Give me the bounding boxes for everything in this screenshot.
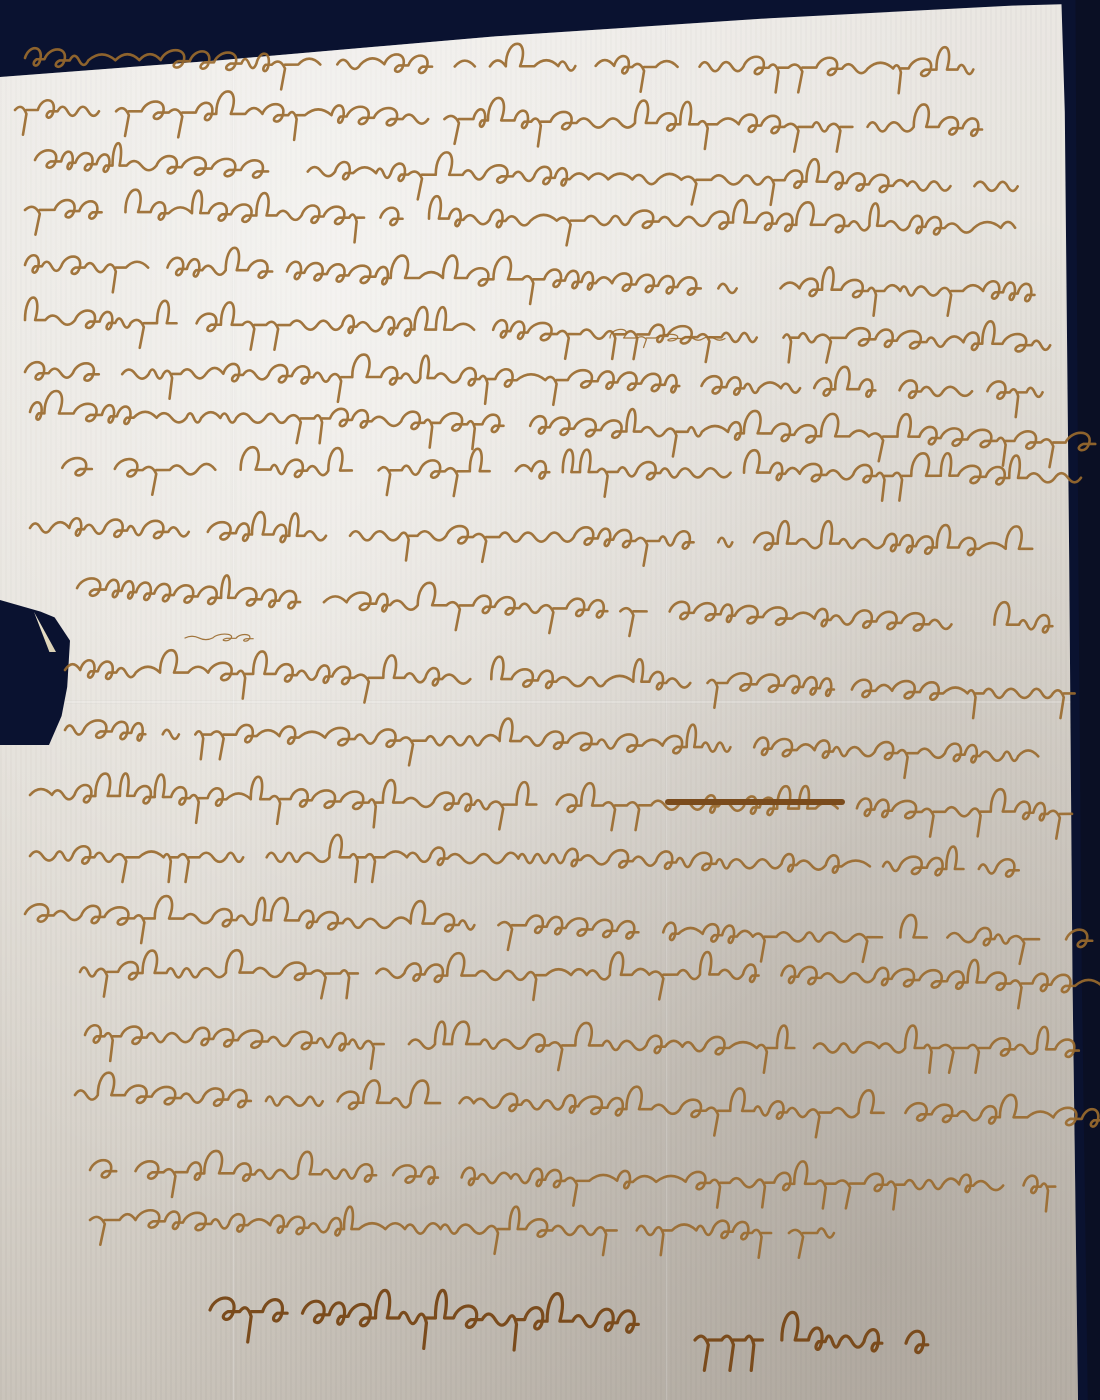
- ink-stroke-svg: [0, 894, 1100, 954]
- ink-stroke-svg: [0, 1075, 1100, 1135]
- ink-stroke-svg: [0, 190, 1100, 250]
- ink-stroke-svg: [0, 836, 1100, 896]
- ink-stroke-svg: [0, 1200, 1100, 1260]
- ink-stroke-svg: [0, 392, 1100, 452]
- ink-stroke-svg: [0, 245, 1100, 305]
- ink-stroke-svg: [0, 1015, 1100, 1075]
- signature-stroke-svg: [695, 1300, 1015, 1390]
- ink-stroke-svg: [0, 38, 1100, 98]
- signature-stroke-svg: [210, 1270, 690, 1360]
- ink-stroke-svg: [0, 508, 1100, 568]
- ink-stroke-svg: [0, 775, 1100, 835]
- strikethrough-mark: [665, 799, 845, 805]
- ink-stroke-svg: [0, 448, 1100, 508]
- ink-stroke-svg: [0, 318, 1100, 378]
- ink-stroke-svg: [0, 650, 1100, 710]
- handwritten-text-body: கொபாரி அநுக்கு நசா சொன்னது . நாலகைனாபா ன…: [0, 0, 1100, 1400]
- ink-stroke-svg: [0, 710, 1100, 770]
- ink-stroke-svg: [0, 952, 1100, 1012]
